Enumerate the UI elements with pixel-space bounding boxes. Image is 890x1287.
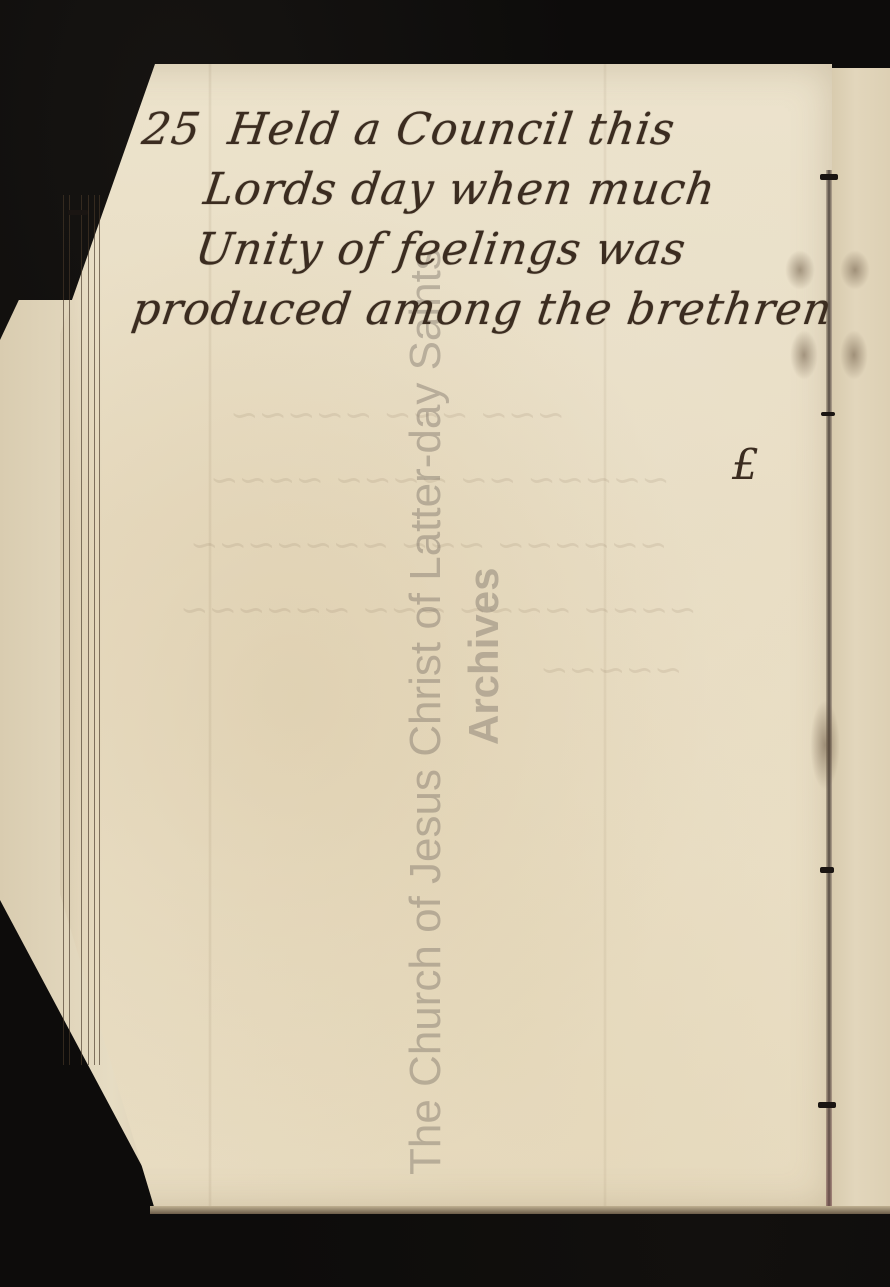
entry-text-line-3: Unity of feelings was [122, 220, 770, 280]
binding-stitch [68, 210, 88, 215]
foxing-stain [840, 330, 868, 380]
facing-page-right [832, 68, 890, 1214]
entry-text-line-2: Lords day when much [130, 160, 778, 220]
binding-stitch [821, 412, 835, 416]
foxing-stain [790, 330, 818, 380]
book-block-edge-lines [63, 195, 99, 1065]
entry-text-line-4: produced among the brethren [113, 280, 761, 340]
entry-day-number: 25 [139, 104, 204, 155]
watermark-line-1: The Church of Jesus Christ of Latter-day… [395, 248, 457, 1175]
foxing-stain [840, 250, 870, 290]
margin-mark: £ [732, 440, 759, 489]
binding-stitch [820, 174, 838, 180]
gutter-discoloration [826, 1060, 832, 1210]
foxing-stain [810, 700, 840, 790]
binding-stitch [818, 1102, 836, 1108]
entry-text-line-1: Held a Council this [225, 104, 678, 155]
archive-watermark: The Church of Jesus Christ of Latter-day… [395, 248, 515, 1175]
entry-line-1: 25Held a Council this [138, 100, 786, 160]
binding-stitch [820, 867, 834, 873]
page-bottom-edge [150, 1206, 890, 1214]
bleed-through-text: ~~~~~ [540, 650, 682, 690]
journal-entry: 25Held a Council this Lords day when muc… [113, 100, 787, 340]
